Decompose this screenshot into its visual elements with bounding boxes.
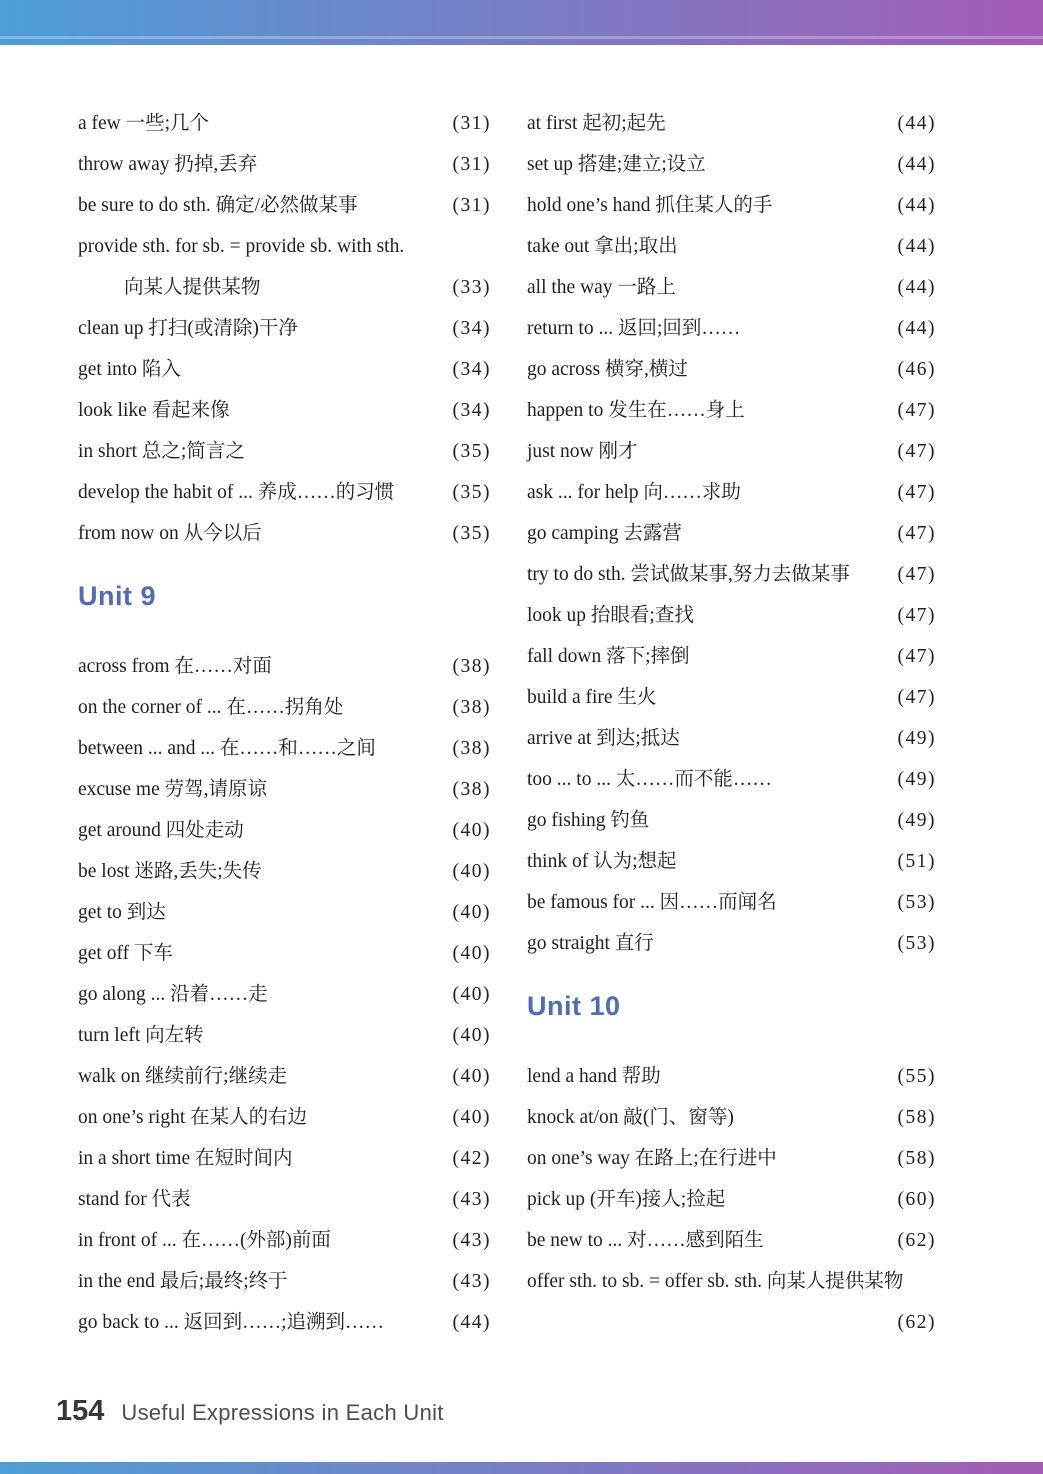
expression-row: happen to 发生在……身上(47) (527, 390, 936, 431)
expression-row: throw away 扔掉,丢弃(31) (78, 144, 491, 185)
expression-text: build a fire 生火 (527, 677, 656, 718)
expression-text: go along ... 沿着……走 (78, 974, 268, 1015)
page-number: (34) (447, 308, 492, 349)
expression-row: look up 抬眼看;查找(47) (527, 595, 936, 636)
expression-row: get off 下车(40) (78, 933, 491, 974)
expression-row: go camping 去露营(47) (527, 513, 936, 554)
expression-row: look like 看起来像(34) (78, 390, 491, 431)
expression-row: on one’s way 在路上;在行进中(58) (527, 1138, 936, 1179)
page-number: (40) (447, 1056, 492, 1097)
expression-row: get into 陷入(34) (78, 349, 491, 390)
expression-row: return to ... 返回;回到……(44) (527, 308, 936, 349)
expression-row: 向某人提供某物(33) (78, 267, 491, 308)
expression-text: between ... and ... 在……和……之间 (78, 728, 376, 769)
expression-text: walk on 继续前行;继续走 (78, 1056, 287, 1097)
page-number: (34) (447, 390, 492, 431)
page-number: (38) (447, 769, 492, 810)
expression-text: look up 抬眼看;查找 (527, 595, 694, 636)
expression-text: in the end 最后;最终;终于 (78, 1261, 288, 1302)
expression-row: lend a hand 帮助(55) (527, 1056, 936, 1097)
expression-row: (62) (527, 1302, 936, 1343)
expression-text: get into 陷入 (78, 349, 181, 390)
page-number: (49) (892, 800, 937, 841)
page-number: (53) (892, 882, 937, 923)
expression-text: turn left 向左转 (78, 1015, 204, 1056)
page-number: (40) (447, 933, 492, 974)
page-number: (62) (892, 1220, 937, 1261)
page-number: (40) (447, 851, 492, 892)
expression-text: get off 下车 (78, 933, 173, 974)
expression-text: arrive at 到达;抵达 (527, 718, 680, 759)
page-number: (49) (892, 759, 937, 800)
page-number: (47) (892, 431, 937, 472)
expression-row: go across 横穿,横过(46) (527, 349, 936, 390)
expression-row: on one’s right 在某人的右边(40) (78, 1097, 491, 1138)
expression-text: clean up 打扫(或清除)干净 (78, 308, 298, 349)
page-number: (44) (447, 1302, 492, 1343)
expression-row: get to 到达(40) (78, 892, 491, 933)
expression-row: stand for 代表(43) (78, 1179, 491, 1220)
expression-text: in a short time 在短时间内 (78, 1138, 292, 1179)
left-column: a few 一些;几个(31)throw away 扔掉,丢弃(31)be su… (78, 103, 491, 1343)
expression-row: be sure to do sth. 确定/必然做某事(31) (78, 185, 491, 226)
page-number: (40) (447, 974, 492, 1015)
expression-row: be lost 迷路,丢失;失传(40) (78, 851, 491, 892)
expression-text: provide sth. for sb. = provide sb. with … (78, 226, 404, 267)
expression-row: on the corner of ... 在……拐角处(38) (78, 687, 491, 728)
expression-text: ask ... for help 向……求助 (527, 472, 741, 513)
page-number: (38) (447, 687, 492, 728)
page-number: (40) (447, 1097, 492, 1138)
expression-row: excuse me 劳驾,请原谅(38) (78, 769, 491, 810)
page-number: (47) (892, 472, 937, 513)
expression-text: lend a hand 帮助 (527, 1056, 661, 1097)
page-number: (35) (447, 513, 492, 554)
page-number: (47) (892, 390, 937, 431)
expression-row: in short 总之;简言之(35) (78, 431, 491, 472)
page-number: (58) (892, 1097, 937, 1138)
expression-row: at first 起初;起先(44) (527, 103, 936, 144)
unit-heading: Unit 10 (527, 990, 936, 1022)
expression-text: go back to ... 返回到……;追溯到…… (78, 1302, 384, 1343)
expression-text: be famous for ... 因……而闻名 (527, 882, 777, 923)
expression-row: walk on 继续前行;继续走(40) (78, 1056, 491, 1097)
page-number: (42) (447, 1138, 492, 1179)
page-number: (35) (447, 472, 492, 513)
page-number: (40) (447, 892, 492, 933)
expression-text: on the corner of ... 在……拐角处 (78, 687, 343, 728)
expression-text: be sure to do sth. 确定/必然做某事 (78, 185, 357, 226)
page-number: (60) (892, 1179, 937, 1220)
expression-row: all the way 一路上(44) (527, 267, 936, 308)
page-number: (46) (892, 349, 937, 390)
expression-row: knock at/on 敲(门、窗等)(58) (527, 1097, 936, 1138)
expression-row: just now 刚才(47) (527, 431, 936, 472)
expression-text: set up 搭建;建立;设立 (527, 144, 706, 185)
expression-text: excuse me 劳驾,请原谅 (78, 769, 267, 810)
page-number: (53) (892, 923, 937, 964)
page-number: (43) (447, 1261, 492, 1302)
page-number: (44) (892, 103, 937, 144)
expression-row: offer sth. to sb. = offer sb. sth. 向某人提供… (527, 1261, 936, 1302)
header-gradient-bar (0, 0, 1043, 45)
page-number: (44) (892, 144, 937, 185)
page-number: (44) (892, 267, 937, 308)
page-number: (44) (892, 308, 937, 349)
expression-text: be new to ... 对……感到陌生 (527, 1220, 764, 1261)
page-number: (33) (447, 267, 492, 308)
expression-row: think of 认为;想起(51) (527, 841, 936, 882)
expression-text: stand for 代表 (78, 1179, 191, 1220)
expression-text: go fishing 钓鱼 (527, 800, 649, 841)
expression-row: clean up 打扫(或清除)干净(34) (78, 308, 491, 349)
expression-text: be lost 迷路,丢失;失传 (78, 851, 262, 892)
expression-row: take out 拿出;取出(44) (527, 226, 936, 267)
page-number: (49) (892, 718, 937, 759)
expression-row: fall down 落下;摔倒(47) (527, 636, 936, 677)
expression-row: build a fire 生火(47) (527, 677, 936, 718)
expression-row: develop the habit of ... 养成……的习惯(35) (78, 472, 491, 513)
expression-text: hold one’s hand 抓住某人的手 (527, 185, 772, 226)
footer-section-title: Useful Expressions in Each Unit (121, 1400, 443, 1426)
expression-text: look like 看起来像 (78, 390, 230, 431)
page-number: (62) (892, 1302, 937, 1343)
page-number: (44) (892, 226, 937, 267)
expression-row: in front of ... 在……(外部)前面(43) (78, 1220, 491, 1261)
expression-text: go across 横穿,横过 (527, 349, 688, 390)
expression-text: a few 一些;几个 (78, 103, 209, 144)
expression-text: just now 刚才 (527, 431, 638, 472)
page-number: (47) (892, 513, 937, 554)
expression-row: hold one’s hand 抓住某人的手(44) (527, 185, 936, 226)
page-number: (38) (447, 728, 492, 769)
page-number: (38) (447, 646, 492, 687)
expression-text: from now on 从今以后 (78, 513, 262, 554)
expression-row: try to do sth. 尝试做某事,努力去做某事(47) (527, 554, 936, 595)
expression-text: at first 起初;起先 (527, 103, 666, 144)
expression-text: in front of ... 在……(外部)前面 (78, 1220, 331, 1261)
expression-text: happen to 发生在……身上 (527, 390, 745, 431)
page-number: (31) (447, 185, 492, 226)
expression-row: too ... to ... 太……而不能……(49) (527, 759, 936, 800)
expression-row: go fishing 钓鱼(49) (527, 800, 936, 841)
expression-text: in short 总之;简言之 (78, 431, 245, 472)
expression-text: get to 到达 (78, 892, 166, 933)
right-column: at first 起初;起先(44)set up 搭建;建立;设立(44)hol… (527, 103, 936, 1343)
expression-text: fall down 落下;摔倒 (527, 636, 689, 677)
expression-row: pick up (开车)接人;捡起(60) (527, 1179, 936, 1220)
expression-row: be famous for ... 因……而闻名(53) (527, 882, 936, 923)
expression-text: offer sth. to sb. = offer sb. sth. 向某人提供… (527, 1261, 903, 1302)
expression-text: go straight 直行 (527, 923, 654, 964)
expression-text: develop the habit of ... 养成……的习惯 (78, 472, 394, 513)
page-number: (51) (892, 841, 937, 882)
page-number: (31) (447, 103, 492, 144)
footer-page-number: 154 (56, 1395, 104, 1428)
expression-text: across from 在……对面 (78, 646, 272, 687)
expression-row: go along ... 沿着……走(40) (78, 974, 491, 1015)
page-number: (58) (892, 1138, 937, 1179)
page-number: (47) (892, 595, 937, 636)
expression-text: throw away 扔掉,丢弃 (78, 144, 257, 185)
expression-text: try to do sth. 尝试做某事,努力去做某事 (527, 554, 850, 595)
expression-row: turn left 向左转(40) (78, 1015, 491, 1056)
expression-row: go back to ... 返回到……;追溯到……(44) (78, 1302, 491, 1343)
expression-text: all the way 一路上 (527, 267, 676, 308)
expression-row: between ... and ... 在……和……之间(38) (78, 728, 491, 769)
page-number: (40) (447, 1015, 492, 1056)
expression-text: pick up (开车)接人;捡起 (527, 1179, 725, 1220)
expression-text: go camping 去露营 (527, 513, 682, 554)
expression-row: ask ... for help 向……求助(47) (527, 472, 936, 513)
expression-row: across from 在……对面(38) (78, 646, 491, 687)
expression-text: on one’s right 在某人的右边 (78, 1097, 307, 1138)
expression-text: take out 拿出;取出 (527, 226, 678, 267)
page-number: (55) (892, 1056, 937, 1097)
unit-heading: Unit 9 (78, 580, 491, 612)
page-number: (40) (447, 810, 492, 851)
expression-text: knock at/on 敲(门、窗等) (527, 1097, 734, 1138)
expression-text: too ... to ... 太……而不能…… (527, 759, 772, 800)
expression-text: 向某人提供某物 (124, 267, 261, 308)
expression-text: think of 认为;想起 (527, 841, 677, 882)
expression-row: set up 搭建;建立;设立(44) (527, 144, 936, 185)
expression-row: be new to ... 对……感到陌生(62) (527, 1220, 936, 1261)
expression-row: in the end 最后;最终;终于(43) (78, 1261, 491, 1302)
expression-row: arrive at 到达;抵达(49) (527, 718, 936, 759)
page-number: (47) (892, 677, 937, 718)
book-page: a few 一些;几个(31)throw away 扔掉,丢弃(31)be su… (0, 0, 1043, 1474)
page-number: (35) (447, 431, 492, 472)
page-number: (34) (447, 349, 492, 390)
expression-row: get around 四处走动(40) (78, 810, 491, 851)
page-number: (31) (447, 144, 492, 185)
page-number: (43) (447, 1220, 492, 1261)
page-number: (47) (892, 636, 937, 677)
expression-text: return to ... 返回;回到…… (527, 308, 740, 349)
expression-text: on one’s way 在路上;在行进中 (527, 1138, 777, 1179)
expression-row: from now on 从今以后(35) (78, 513, 491, 554)
expression-row: in a short time 在短时间内(42) (78, 1138, 491, 1179)
page-number: (44) (892, 185, 937, 226)
expression-row: provide sth. for sb. = provide sb. with … (78, 226, 491, 267)
page-footer: 154 Useful Expressions in Each Unit (56, 1395, 444, 1428)
page-number: (43) (447, 1179, 492, 1220)
expression-text: get around 四处走动 (78, 810, 244, 851)
expression-row: a few 一些;几个(31) (78, 103, 491, 144)
page-number: (47) (892, 554, 937, 595)
expression-row: go straight 直行(53) (527, 923, 936, 964)
footer-gradient-bar (0, 1462, 1043, 1474)
